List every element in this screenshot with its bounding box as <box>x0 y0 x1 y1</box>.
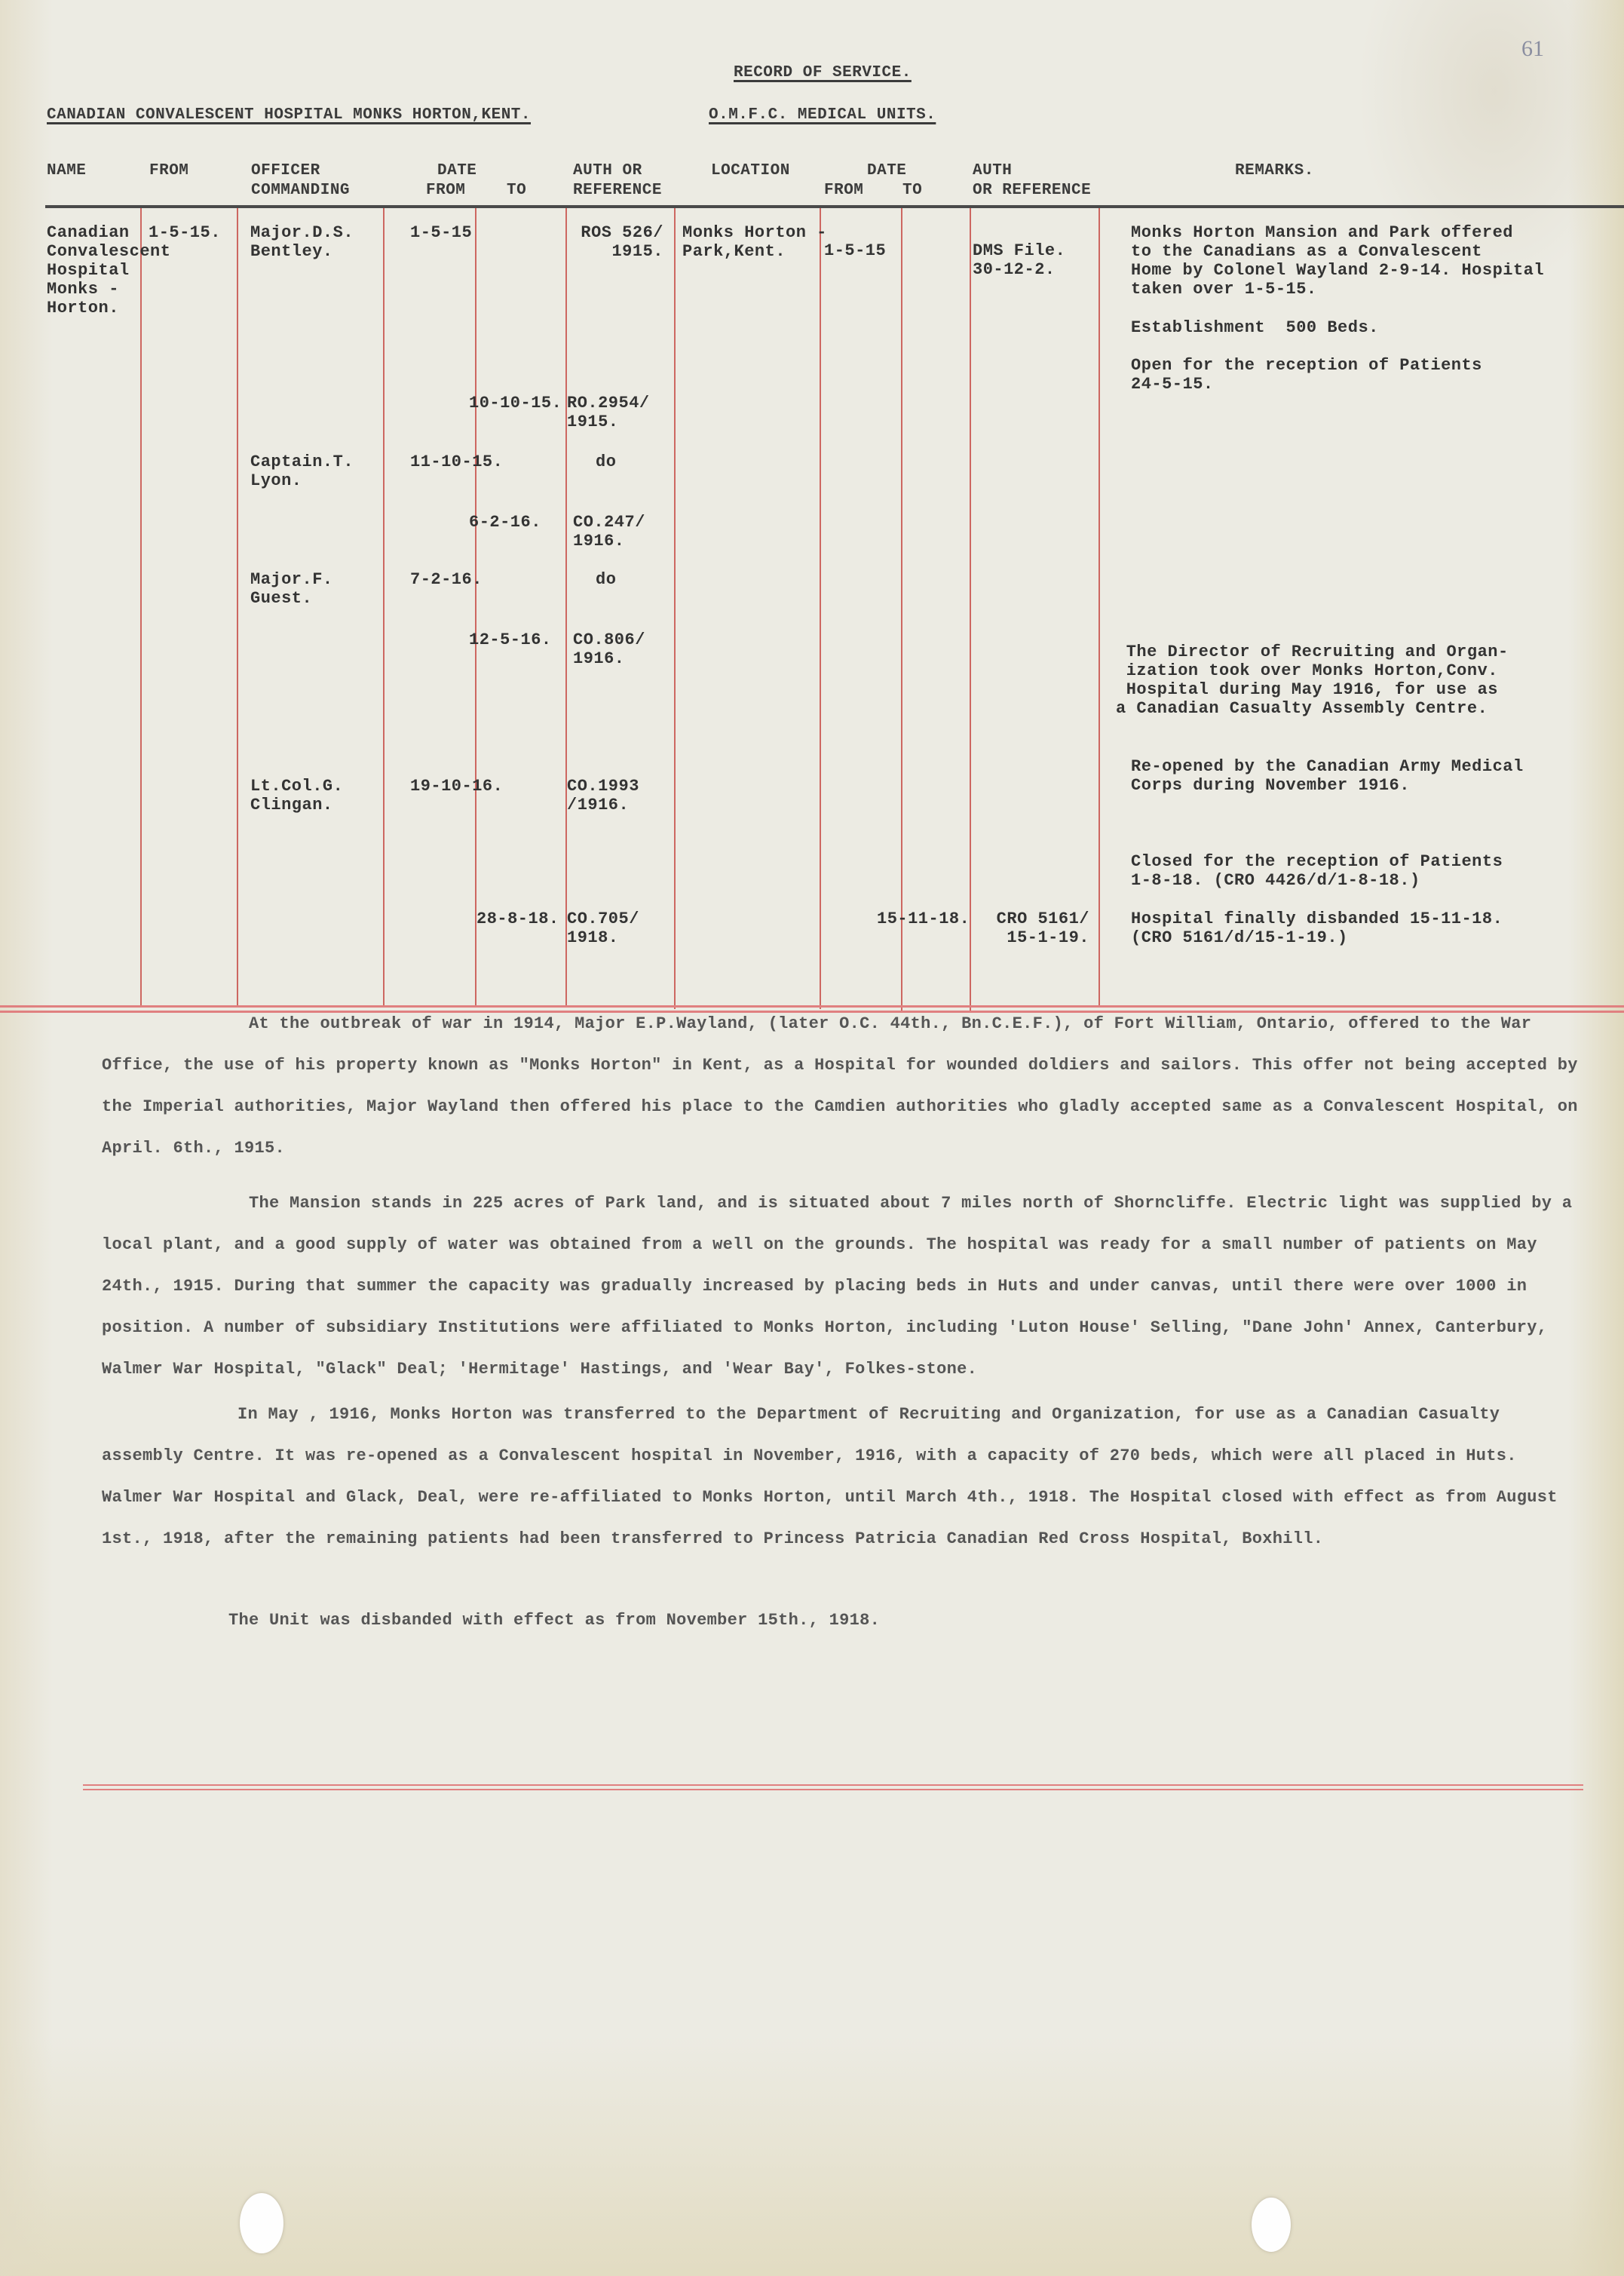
unit-title: CANADIAN CONVALESCENT HOSPITAL MONKS HOR… <box>47 106 531 124</box>
officer-date-from: 11-10-15. <box>410 452 503 471</box>
unit-from: 1-5-15. <box>149 223 221 242</box>
column-rule <box>140 208 142 1008</box>
document-title: RECORD OF SERVICE. <box>734 63 912 82</box>
col-loc-auth-l1: AUTH <box>973 161 1012 180</box>
punch-hole <box>240 2193 283 2253</box>
narrative-paragraph-2: The Mansion stands in 225 acres of Park … <box>102 1182 1587 1390</box>
col-remarks: REMARKS. <box>1235 161 1314 180</box>
col-date-from: FROM <box>426 181 465 200</box>
column-rule <box>383 208 385 1008</box>
page-number: 61 <box>1521 36 1544 62</box>
remark: Establishment 500 Beds. <box>1131 318 1379 337</box>
remark: Open for the reception of Patients 24-5-… <box>1131 356 1482 394</box>
officer-date-from: 1-5-15 <box>410 223 472 242</box>
officer-date-from: 7-2-16. <box>410 570 483 589</box>
remark: Re-opened by the Canadian Army Medical C… <box>1131 757 1524 795</box>
col-auth-l1: AUTH OR <box>573 161 642 180</box>
location-date-from: 1-5-15 <box>824 241 886 260</box>
column-rule <box>237 208 238 1008</box>
location-auth: CRO 5161/ 15-1-19. <box>984 909 1089 947</box>
officer-name: Major.F. Guest. <box>250 570 333 608</box>
officer-date-from: 19-10-16. <box>410 777 503 796</box>
officer-date-to: 10-10-15. <box>469 394 562 413</box>
officer-auth: ROS 526/ 1915. <box>573 223 663 261</box>
location-date-to: 15-11-18. <box>877 909 970 928</box>
column-rule <box>970 208 971 1012</box>
officer-name: Captain.T. Lyon. <box>250 452 354 490</box>
col-officer-l1: OFFICER <box>251 161 320 180</box>
remark: Hospital finally disbanded 15-11-18. (CR… <box>1131 909 1503 947</box>
col-loc-date: DATE <box>867 161 906 180</box>
footer-rule <box>83 1789 1583 1790</box>
col-date: DATE <box>437 161 476 180</box>
column-rule <box>901 208 902 1011</box>
col-date-to: TO <box>507 181 526 200</box>
officer-date-to: 28-8-18. <box>476 909 559 928</box>
remark: The Director of Recruiting and Organ- iz… <box>1116 643 1509 718</box>
officer-auth: RO.2954/ 1915. <box>567 394 650 431</box>
column-rule <box>565 208 567 1008</box>
location-auth: DMS File. 30-12-2. <box>973 241 1065 279</box>
officer-auth: CO.1993 /1916. <box>567 777 639 814</box>
remark: Monks Horton Mansion and Park offered to… <box>1131 223 1544 299</box>
col-location: LOCATION <box>711 161 790 180</box>
col-loc-date-to: TO <box>902 181 922 200</box>
officer-auth: do <box>596 452 616 471</box>
col-loc-date-from: FROM <box>824 181 863 200</box>
column-rule <box>1098 208 1100 1008</box>
column-rule <box>820 208 821 1009</box>
officer-auth: CO.705/ 1918. <box>567 909 639 947</box>
remark: Closed for the reception of Patients 1-8… <box>1131 852 1503 890</box>
group-title: O.M.F.C. MEDICAL UNITS. <box>709 106 936 124</box>
location-name: Monks Horton - Park,Kent. <box>682 223 827 261</box>
punch-hole <box>1252 2198 1291 2252</box>
narrative-paragraph-4: The Unit was disbanded with effect as fr… <box>102 1600 1587 1641</box>
col-loc-auth-l2: OR REFERENCE <box>973 181 1091 200</box>
footer-rule <box>83 1784 1583 1786</box>
officer-name: Major.D.S. Bentley. <box>250 223 354 261</box>
col-officer-l2: COMMANDING <box>251 181 350 200</box>
officer-auth: CO.806/ 1916. <box>573 630 645 668</box>
officer-date-to: 12-5-16. <box>469 630 552 649</box>
officer-name: Lt.Col.G. Clingan. <box>250 777 343 814</box>
officer-date-to: 6-2-16. <box>469 513 541 532</box>
officer-auth: CO.247/ 1916. <box>573 513 645 551</box>
col-from: FROM <box>149 161 188 180</box>
officer-auth: do <box>596 570 616 589</box>
narrative-paragraph-1: At the outbreak of war in 1914, Major E.… <box>102 1003 1587 1169</box>
column-rule <box>475 208 476 1008</box>
narrative-paragraph-3: In May , 1916, Monks Horton was transfer… <box>102 1394 1587 1560</box>
col-name: NAME <box>47 161 86 180</box>
column-rule <box>674 208 676 1009</box>
header-rule <box>45 205 1624 208</box>
col-auth-l2: REFERENCE <box>573 181 662 200</box>
